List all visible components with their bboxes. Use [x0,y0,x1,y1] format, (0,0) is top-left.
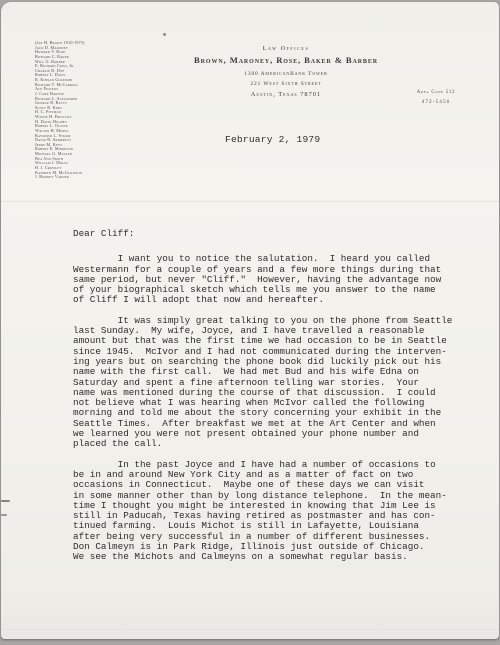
paragraph: In the past Joyce and I have had a numbe… [73,460,471,563]
law-offices-label: Law Offices [159,46,413,52]
area-code: Area Code 512 [395,90,477,95]
scan-edge-mark [1,514,7,516]
paragraphs: I want you to notice the salutation. I h… [73,254,471,562]
scan-speck [163,33,166,36]
paper-fold-crease-top [1,200,499,203]
letterhead-center-block: Law Offices Brown, Maroney, Rose, Baker … [159,46,413,98]
firm-name: Brown, Maroney, Rose, Baker & Barber [159,55,413,65]
paragraph: I want you to notice the salutation. I h… [73,254,471,305]
address-building: 1300 AmericanBank Tower [159,71,413,77]
letter-body: Dear Cliff: I want you to notice the sal… [73,229,471,573]
letter-page: (Jay H. Brown 1910-1975) Jack D. Maroney… [1,2,499,639]
scan-edge-mark [1,500,10,502]
address-city-state-zip: Austin, Texas 78701 [159,91,413,98]
paper-fold-crease-bottom [1,628,499,631]
phone-block: Area Code 512 472-5456 [395,90,477,105]
phone-number: 472-5456 [395,99,477,105]
attorney-name: J. Rodney Varner [35,175,145,180]
address-street: 221 West Sixth Street [159,81,413,87]
paragraph: It was simply great talking to you on th… [73,316,471,450]
attorney-roster: (Jay H. Brown 1910-1975) Jack D. Maroney… [35,41,145,180]
letter-date: February 2, 1979 [225,134,320,145]
salutation: Dear Cliff: [73,229,471,239]
scanned-letter: { "colors": { "paper": "#f3f2ed", "scan_… [0,0,500,645]
